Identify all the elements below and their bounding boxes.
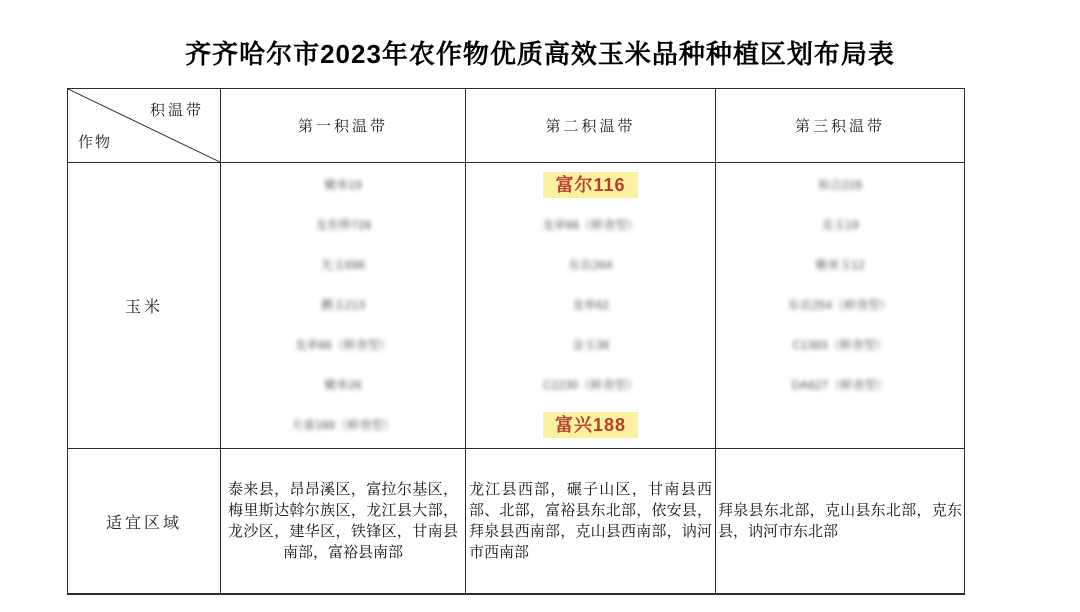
row-label-suitable-region: 适宜区域 [68,449,221,593]
variety-label: 东农254（鲜食型） [788,298,892,312]
region-text-zone1: 泰来县，昂昂溪区，富拉尔基区，梅里斯达斡尔族区，龙江县大部，龙沙区，建华区，铁锋… [228,479,458,563]
region-text-zone3: 拜泉县东北部，克山县东北部，克东县，讷河市东北部 [718,500,962,542]
variety-name-blurred: 克玉19 [821,205,858,245]
variety-name-blurred: DA627（鲜食型） [792,365,889,405]
column-header-zone3: 第三积温带 [716,89,964,163]
variety-name-blurred: 和合228 [818,165,862,205]
row-label-corn: 玉米 [68,163,221,449]
variety-label: 嫩单19 [324,178,361,192]
variety-name-blurred: 金玉38 [572,325,609,365]
variety-label: 龙单86（鲜食型） [294,338,391,352]
variety-label: C1383（鲜食型） [792,338,887,352]
variety-name-highlighted: 富兴188 [543,405,638,445]
variety-label: 富尔116 [543,172,637,198]
column-header-zone1: 第一积温带 [221,89,466,163]
variety-label: 富兴188 [543,412,638,438]
variety-label: 先玉696 [321,258,365,272]
variety-label: 金玉38 [572,338,609,352]
variety-label: 嫩单26 [324,378,361,392]
variety-label: 鹏玉213 [321,298,365,312]
variety-name-blurred: 东农254（鲜食型） [788,285,892,325]
variety-name-blurred: C1383（鲜食型） [792,325,887,365]
variety-name-blurred: 天睿188（鲜食型） [291,405,395,445]
variety-label: 天睿188（鲜食型） [291,418,395,432]
variety-label: 嫩单玉12 [815,258,864,272]
variety-name-blurred: 龙单86（鲜食型） [542,205,639,245]
variety-label: DA627（鲜食型） [792,378,889,392]
corner-cell: 积温带 作物 [68,89,221,163]
variety-name-blurred: 先玉696 [321,245,365,285]
variety-label: 龙育桦728 [315,218,371,232]
variety-name-blurred: 龙单62 [572,285,609,325]
variety-name-blurred: C2230（鲜食型） [543,365,638,405]
corner-label-zone: 积温带 [150,99,204,120]
variety-label: 克玉19 [821,218,858,232]
variety-name-blurred: 龙育桦728 [315,205,371,245]
variety-list-zone1: 嫩单19龙育桦728先玉696鹏玉213龙单86（鲜食型）嫩单26天睿188（鲜… [221,163,466,449]
column-header-zone2: 第二积温带 [466,89,716,163]
region-text-zone2: 龙江县西部，碾子山区，甘南县西部、北部，富裕县东北部，依安县，拜泉县西南部，克山… [469,479,712,563]
variety-name-highlighted: 富尔116 [543,165,637,205]
region-cell-zone2: 龙江县西部，碾子山区，甘南县西部、北部，富裕县东北部，依安县，拜泉县西南部，克山… [466,449,716,593]
variety-name-blurred: 嫩单26 [324,365,361,405]
page-title: 齐齐哈尔市2023年农作物优质高效玉米品种种植区划布局表 [0,34,1080,71]
page: 齐齐哈尔市2023年农作物优质高效玉米品种种植区划布局表 积温带 作物 第一积温… [0,0,1080,612]
planting-zone-table: 积温带 作物 第一积温带 第二积温带 第三积温带 玉米 嫩单19龙育桦728先玉… [67,88,965,595]
variety-list-zone2: 富尔116龙单86（鲜食型）东农264龙单62金玉38C2230（鲜食型）富兴1… [466,163,716,449]
variety-label: 东农264 [568,258,612,272]
variety-label: 龙单62 [572,298,609,312]
variety-list-zone3: 和合228克玉19嫩单玉12东农254（鲜食型）C1383（鲜食型）DA627（… [716,163,964,449]
variety-name-blurred: 龙单86（鲜食型） [294,325,391,365]
variety-name-blurred: 嫩单19 [324,165,361,205]
variety-name-blurred: 嫩单玉12 [815,245,864,285]
variety-name-blurred: 东农264 [568,245,612,285]
variety-name-blurred: 鹏玉213 [321,285,365,325]
variety-label: C2230（鲜食型） [543,378,638,392]
region-cell-zone1: 泰来县，昂昂溪区，富拉尔基区，梅里斯达斡尔族区，龙江县大部，龙沙区，建华区，铁锋… [221,449,466,593]
variety-label: 和合228 [818,178,862,192]
corner-label-crop: 作物 [78,131,112,152]
variety-label: 龙单86（鲜食型） [542,218,639,232]
region-cell-zone3: 拜泉县东北部，克山县东北部，克东县，讷河市东北部 [716,449,964,593]
